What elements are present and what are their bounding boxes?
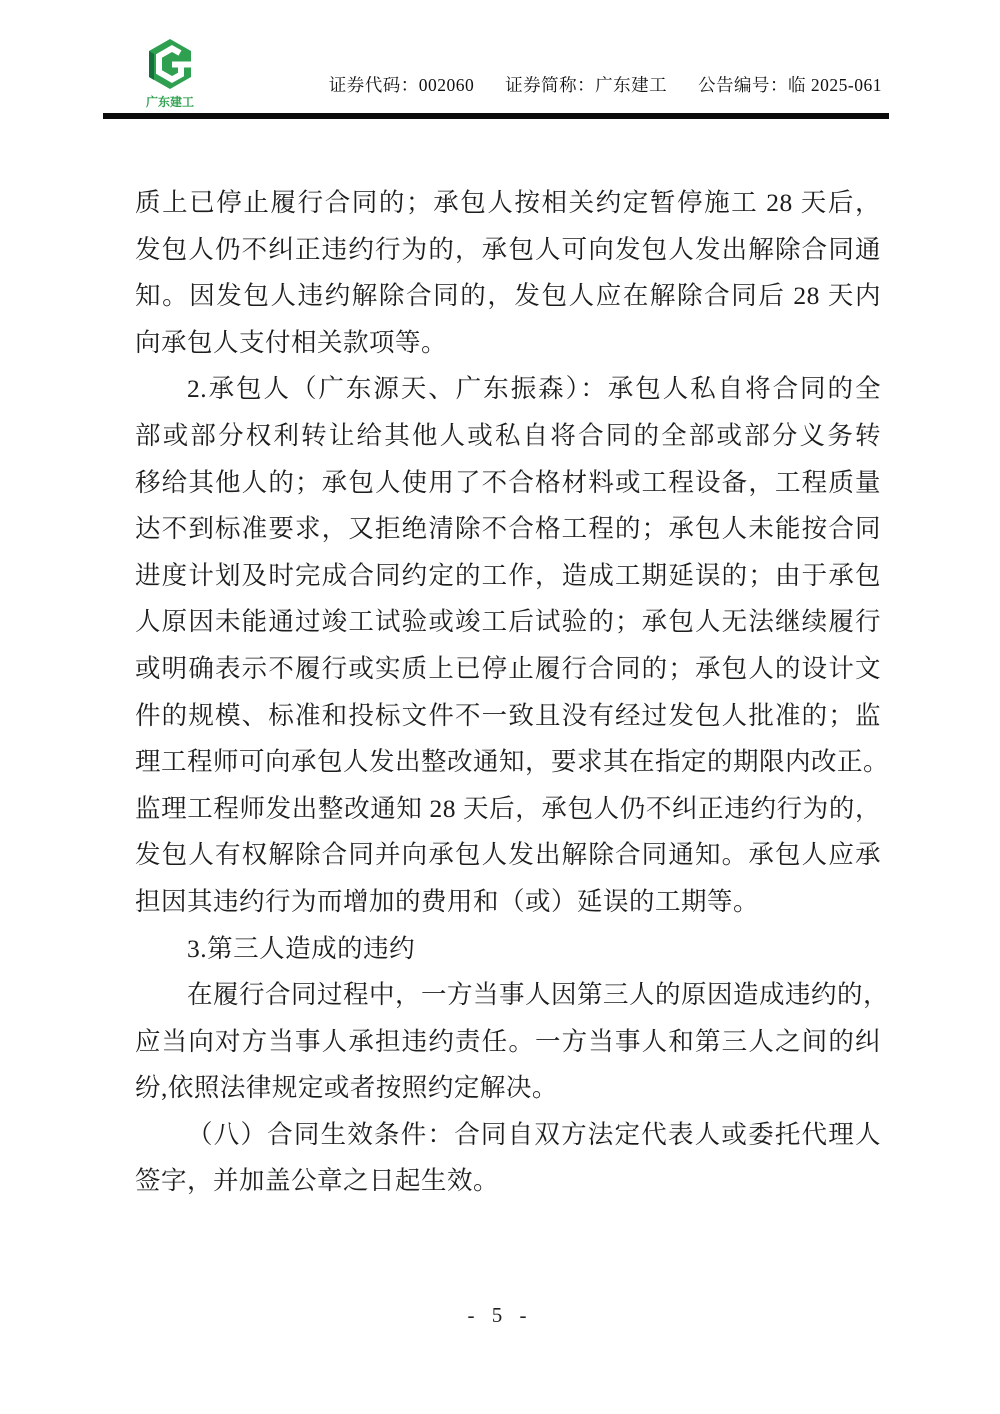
document-page: 广东建工 证券代码：002060 证券简称：广东建工 公告编号：临 2025-0…: [0, 0, 1000, 1414]
text-line: 监理工程师发出整改通知 28 天后，承包人仍不纠正违约行为的，: [135, 786, 881, 833]
text-line: 移给其他人的；承包人使用了不合格材料或工程设备，工程质量: [135, 460, 881, 507]
paragraph: 2.承包人（广东源天、广东振森）：承包人私自将合同的全部或部分权利转让给其他人或…: [135, 366, 881, 925]
text-line: 3.第三人造成的违约: [135, 926, 881, 973]
company-logo-text: 广东建工: [146, 93, 194, 110]
text-line: 件的规模、标准和投标文件不一致且没有经过发包人批准的；监: [135, 693, 881, 740]
header-meta: 证券代码：002060 证券简称：广东建工 公告编号：临 2025-061: [329, 72, 882, 97]
text-line: 达不到标准要求，又拒绝清除不合格工程的；承包人未能按合同: [135, 506, 881, 553]
text-line: 部或部分权利转让给其他人或私自将合同的全部或部分义务转: [135, 413, 881, 460]
text-line: （八）合同生效条件：合同自双方法定代表人或委托代理人: [135, 1112, 881, 1159]
header-divider: [103, 113, 889, 119]
page-number: - 5 -: [468, 1303, 533, 1327]
text-line: 知。因发包人违约解除合同的，发包人应在解除合同后 28 天内: [135, 273, 881, 320]
paragraph: 3.第三人造成的违约: [135, 926, 881, 973]
paragraph: （八）合同生效条件：合同自双方法定代表人或委托代理人签字，并加盖公章之日起生效。: [135, 1112, 881, 1205]
announcement-number: 公告编号：临 2025-061: [698, 75, 882, 95]
security-short-name: 证券简称：广东建工: [505, 75, 667, 95]
text-line: 向承包人支付相关款项等。: [135, 320, 881, 367]
paragraph: 质上已停止履行合同的；承包人按相关约定暂停施工 28 天后，发包人仍不纠正违约行…: [135, 180, 881, 366]
text-line: 在履行合同过程中，一方当事人因第三人的原因造成违约的，: [135, 972, 881, 1019]
company-logo: 广东建工: [146, 38, 226, 110]
page-footer: - 5 -: [0, 1303, 1000, 1328]
text-line: 纷,依照法律规定或者按照约定解决。: [135, 1065, 881, 1112]
text-line: 理工程师可向承包人发出整改通知，要求其在指定的期限内改正。: [135, 739, 881, 786]
text-line: 进度计划及时完成合同约定的工作，造成工期延误的；由于承包: [135, 553, 881, 600]
text-line: 发包人仍不纠正违约行为的，承包人可向发包人发出解除合同通: [135, 227, 881, 274]
paragraph: 在履行合同过程中，一方当事人因第三人的原因造成违约的，应当向对方当事人承担违约责…: [135, 972, 881, 1112]
company-logo-icon: [146, 38, 194, 90]
text-line: 2.承包人（广东源天、广东振森）：承包人私自将合同的全: [135, 366, 881, 413]
text-line: 质上已停止履行合同的；承包人按相关约定暂停施工 28 天后，: [135, 180, 881, 227]
document-body: 质上已停止履行合同的；承包人按相关约定暂停施工 28 天后，发包人仍不纠正违约行…: [135, 180, 881, 1205]
text-line: 担因其违约行为而增加的费用和（或）延误的工期等。: [135, 879, 881, 926]
text-line: 或明确表示不履行或实质上已停止履行合同的；承包人的设计文: [135, 646, 881, 693]
text-line: 应当向对方当事人承担违约责任。一方当事人和第三人之间的纠: [135, 1019, 881, 1066]
text-line: 人原因未能通过竣工试验或竣工后试验的；承包人无法继续履行: [135, 599, 881, 646]
text-line: 发包人有权解除合同并向承包人发出解除合同通知。承包人应承: [135, 832, 881, 879]
text-line: 签字，并加盖公章之日起生效。: [135, 1158, 881, 1205]
security-code: 证券代码：002060: [329, 75, 475, 95]
